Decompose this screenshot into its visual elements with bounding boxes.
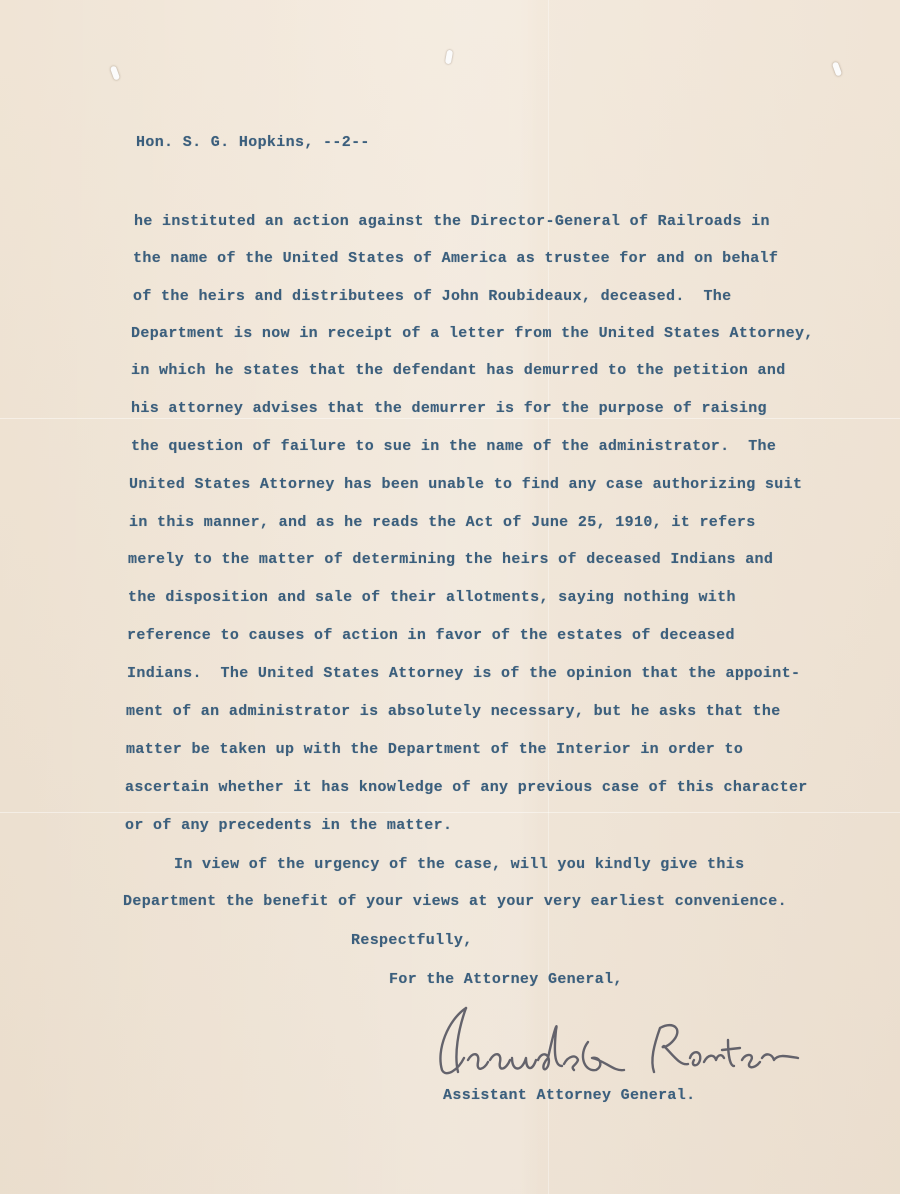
- body-line: in which he states that the defendant ha…: [131, 362, 786, 379]
- fold-crease: [0, 418, 900, 419]
- body-line: his attorney advises that the demurrer i…: [131, 400, 767, 417]
- body-line: merely to the matter of determining the …: [128, 551, 773, 568]
- signer-title: Assistant Attorney General.: [443, 1087, 696, 1104]
- body-line: Indians. The United States Attorney is o…: [127, 665, 800, 682]
- handwritten-signature: [428, 1000, 828, 1080]
- fold-crease: [0, 812, 900, 813]
- body-line: United States Attorney has been unable t…: [129, 476, 802, 493]
- body-line: or of any precedents in the matter.: [125, 817, 452, 834]
- closing-line: In view of the urgency of the case, will…: [174, 856, 744, 873]
- body-line: he instituted an action against the Dire…: [134, 213, 770, 230]
- body-line: Department is now in receipt of a letter…: [131, 325, 814, 342]
- body-line: the question of failure to sue in the na…: [131, 438, 776, 455]
- body-line: in this manner, and as he reads the Act …: [129, 514, 756, 531]
- closing-line: Department the benefit of your views at …: [123, 893, 787, 910]
- body-line: ascertain whether it has knowledge of an…: [125, 779, 808, 796]
- body-line: of the heirs and distributees of John Ro…: [133, 288, 732, 305]
- complimentary-close: Respectfully,: [351, 932, 473, 949]
- body-line: the name of the United States of America…: [133, 250, 778, 267]
- page-header: Hon. S. G. Hopkins, --2--: [136, 134, 370, 151]
- for-attorney-general: For the Attorney General,: [389, 971, 623, 988]
- body-line: reference to causes of action in favor o…: [127, 627, 735, 644]
- body-line: matter be taken up with the Department o…: [126, 741, 743, 758]
- body-line: the disposition and sale of their allotm…: [128, 589, 736, 606]
- body-line: ment of an administrator is absolutely n…: [126, 703, 781, 720]
